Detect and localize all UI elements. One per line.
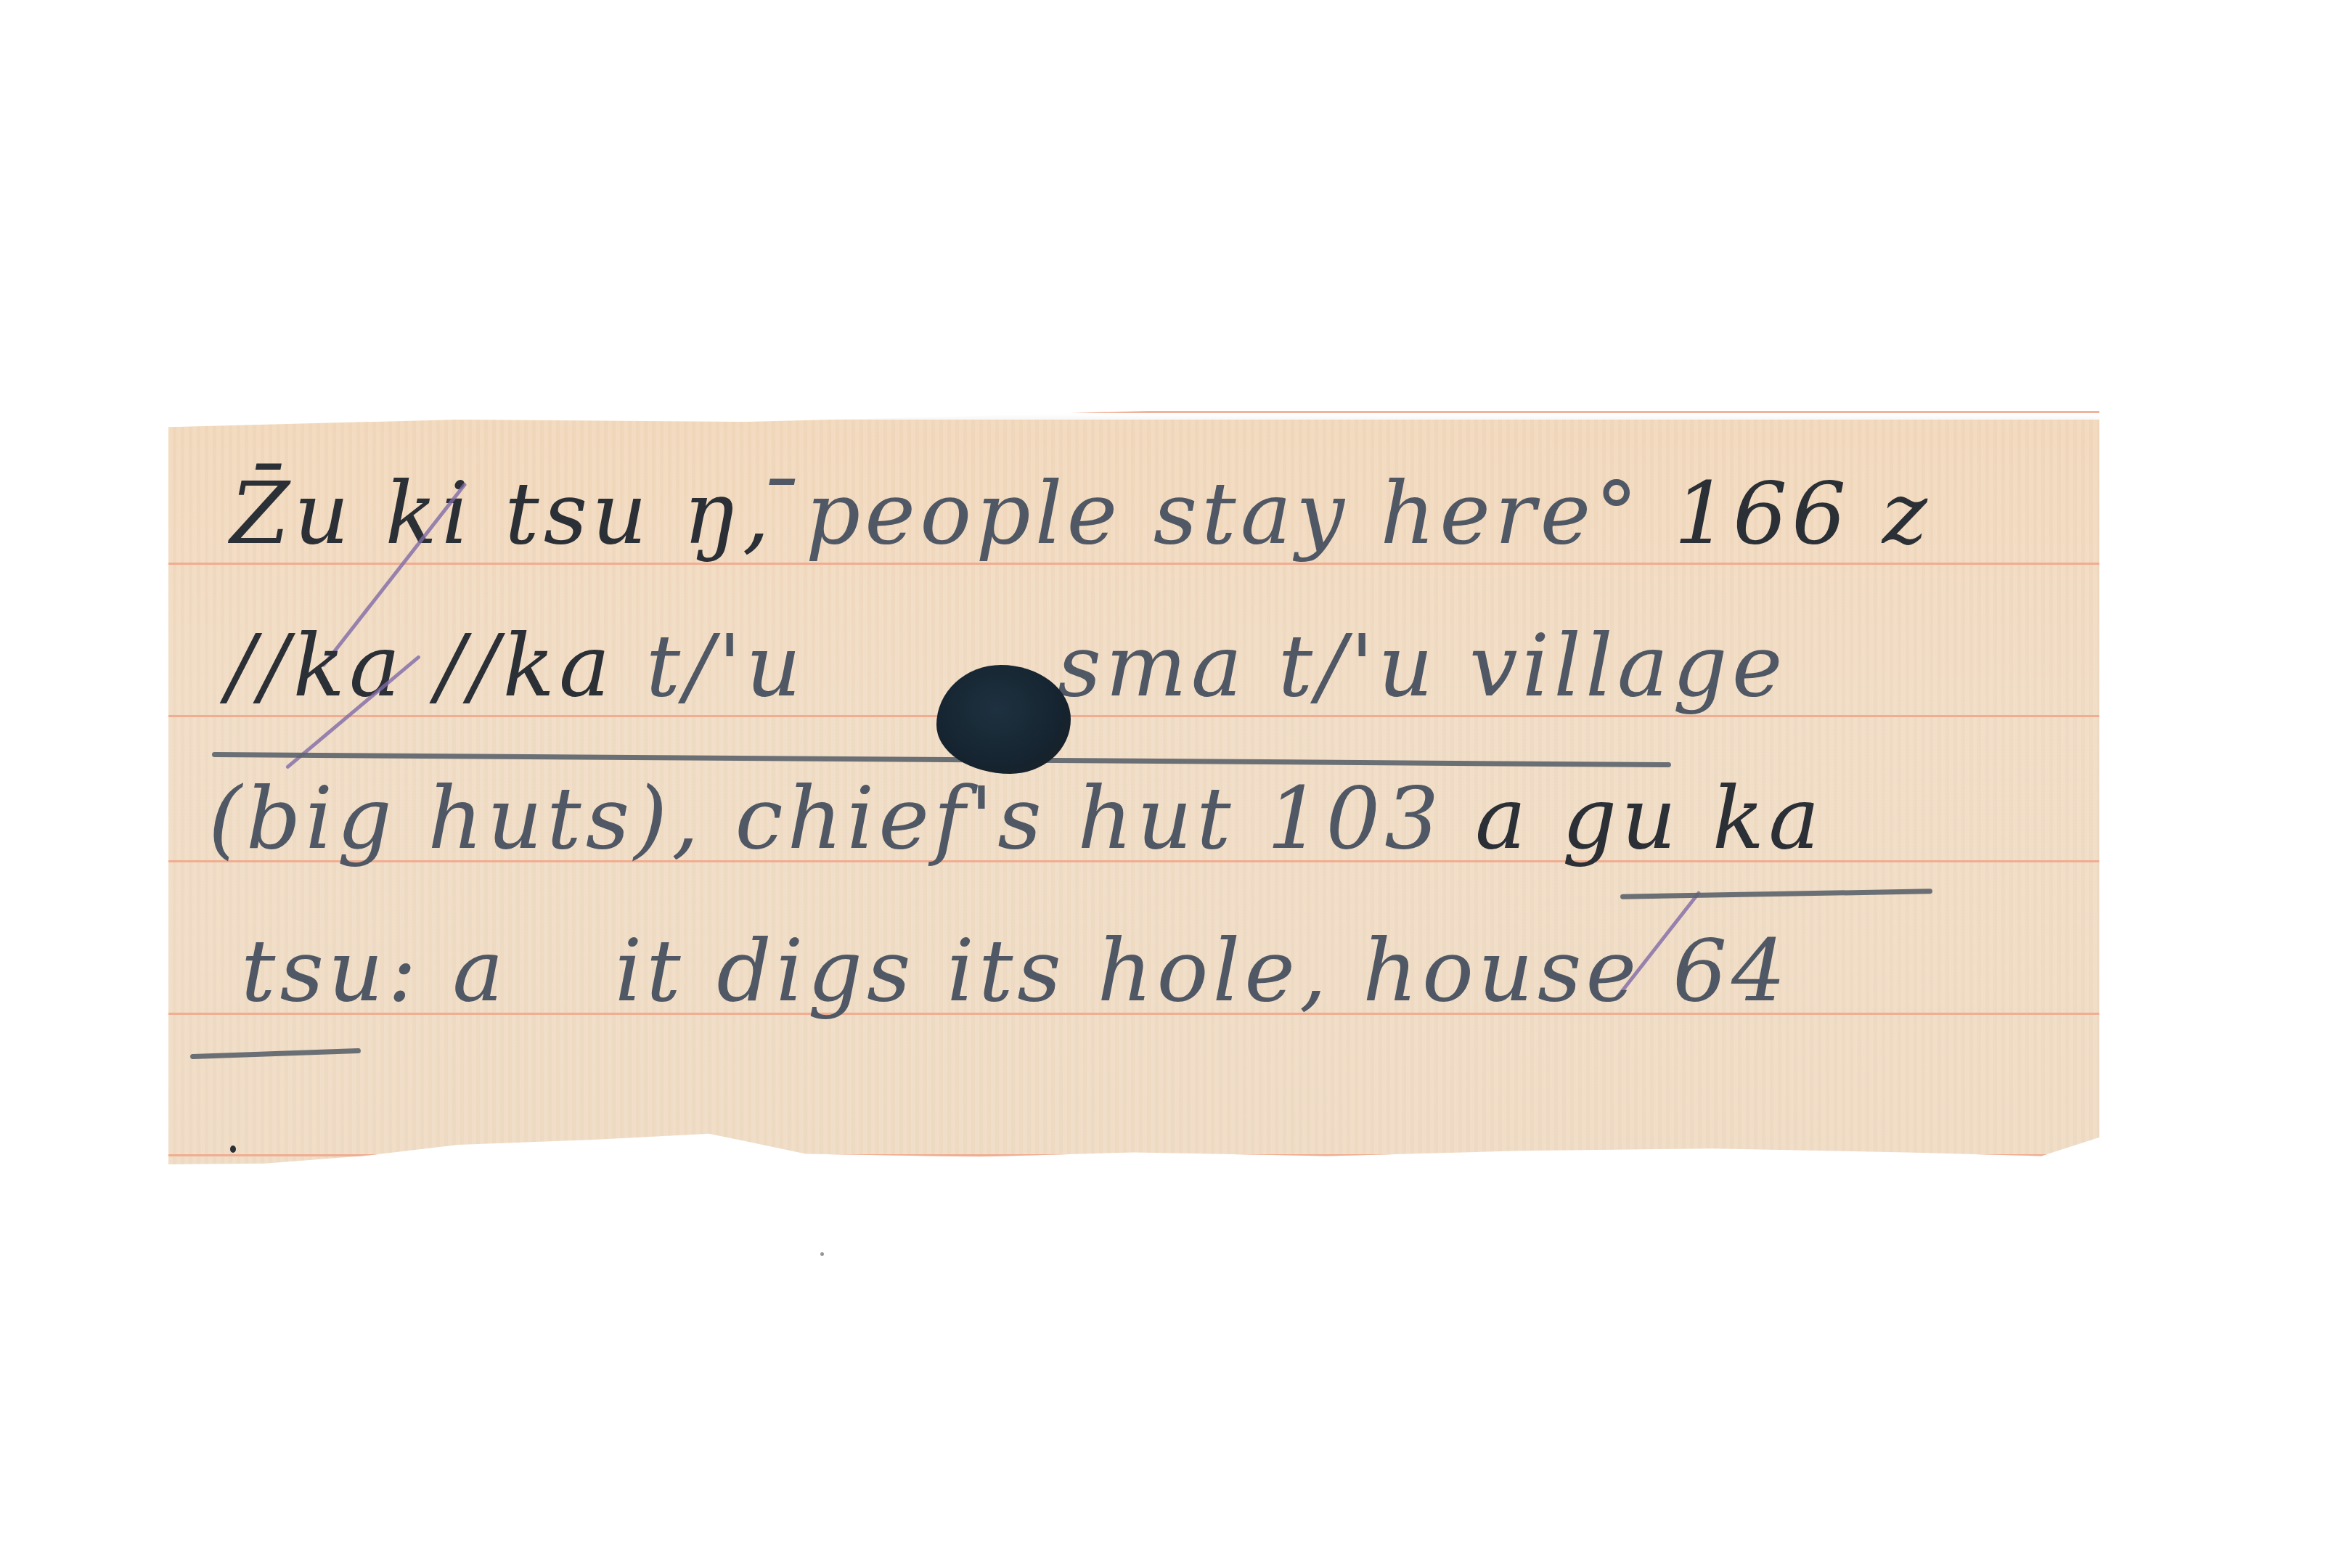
dust-speck: [820, 1252, 824, 1256]
word-a: a: [1475, 768, 1530, 868]
word-kaka: //ka //ka: [226, 616, 614, 716]
word-tsu-a: tsu: a: [241, 920, 508, 1021]
word-gu-ka: gu ka: [1562, 768, 1824, 868]
word-tsu-2: t/'u: [1278, 616, 1438, 716]
ink-blot: [936, 665, 1071, 774]
number-166: 166 z: [1674, 463, 1932, 563]
handwritten-line-4: tsu: a it digs its hole, house 64: [241, 920, 1790, 1021]
underline-tsu-a: [190, 1048, 361, 1059]
gloss-big-huts: (big huts),: [208, 768, 703, 868]
photo-background: Z̄u ki tsu ŋ, ̄people stay here° 166 z /…: [0, 0, 2352, 1568]
underline-line-2: [212, 752, 1671, 767]
handwritten-line-3: (big huts), chief's hut 103 a gu ka: [208, 768, 1824, 868]
underline-gu-ka: [1620, 889, 1932, 899]
note-card: Z̄u ki tsu ŋ, ̄people stay here° 166 z /…: [168, 420, 2099, 1167]
rule-line: [168, 1154, 2099, 1156]
word-village: village: [1469, 616, 1787, 716]
gloss-house: house: [1363, 920, 1641, 1021]
ink-speck: [230, 1146, 236, 1153]
handwritten-line-1: Z̄u ki tsu ŋ, ̄people stay here° 166 z: [230, 463, 1932, 563]
word-sma: sma: [1057, 616, 1246, 716]
rule-line: [168, 411, 2099, 413]
gloss-people-stay-here: ̄people stay here°: [806, 463, 1643, 563]
gloss-it-digs-its-hole: it digs its hole,: [615, 920, 1331, 1021]
gloss-chiefs-hut: chief's hut: [735, 768, 1235, 868]
number-64: 64: [1673, 920, 1790, 1021]
number-103: 103: [1267, 768, 1443, 868]
word-zu: Z̄u: [230, 463, 354, 563]
word-tsu-1: t/'u: [646, 616, 806, 716]
